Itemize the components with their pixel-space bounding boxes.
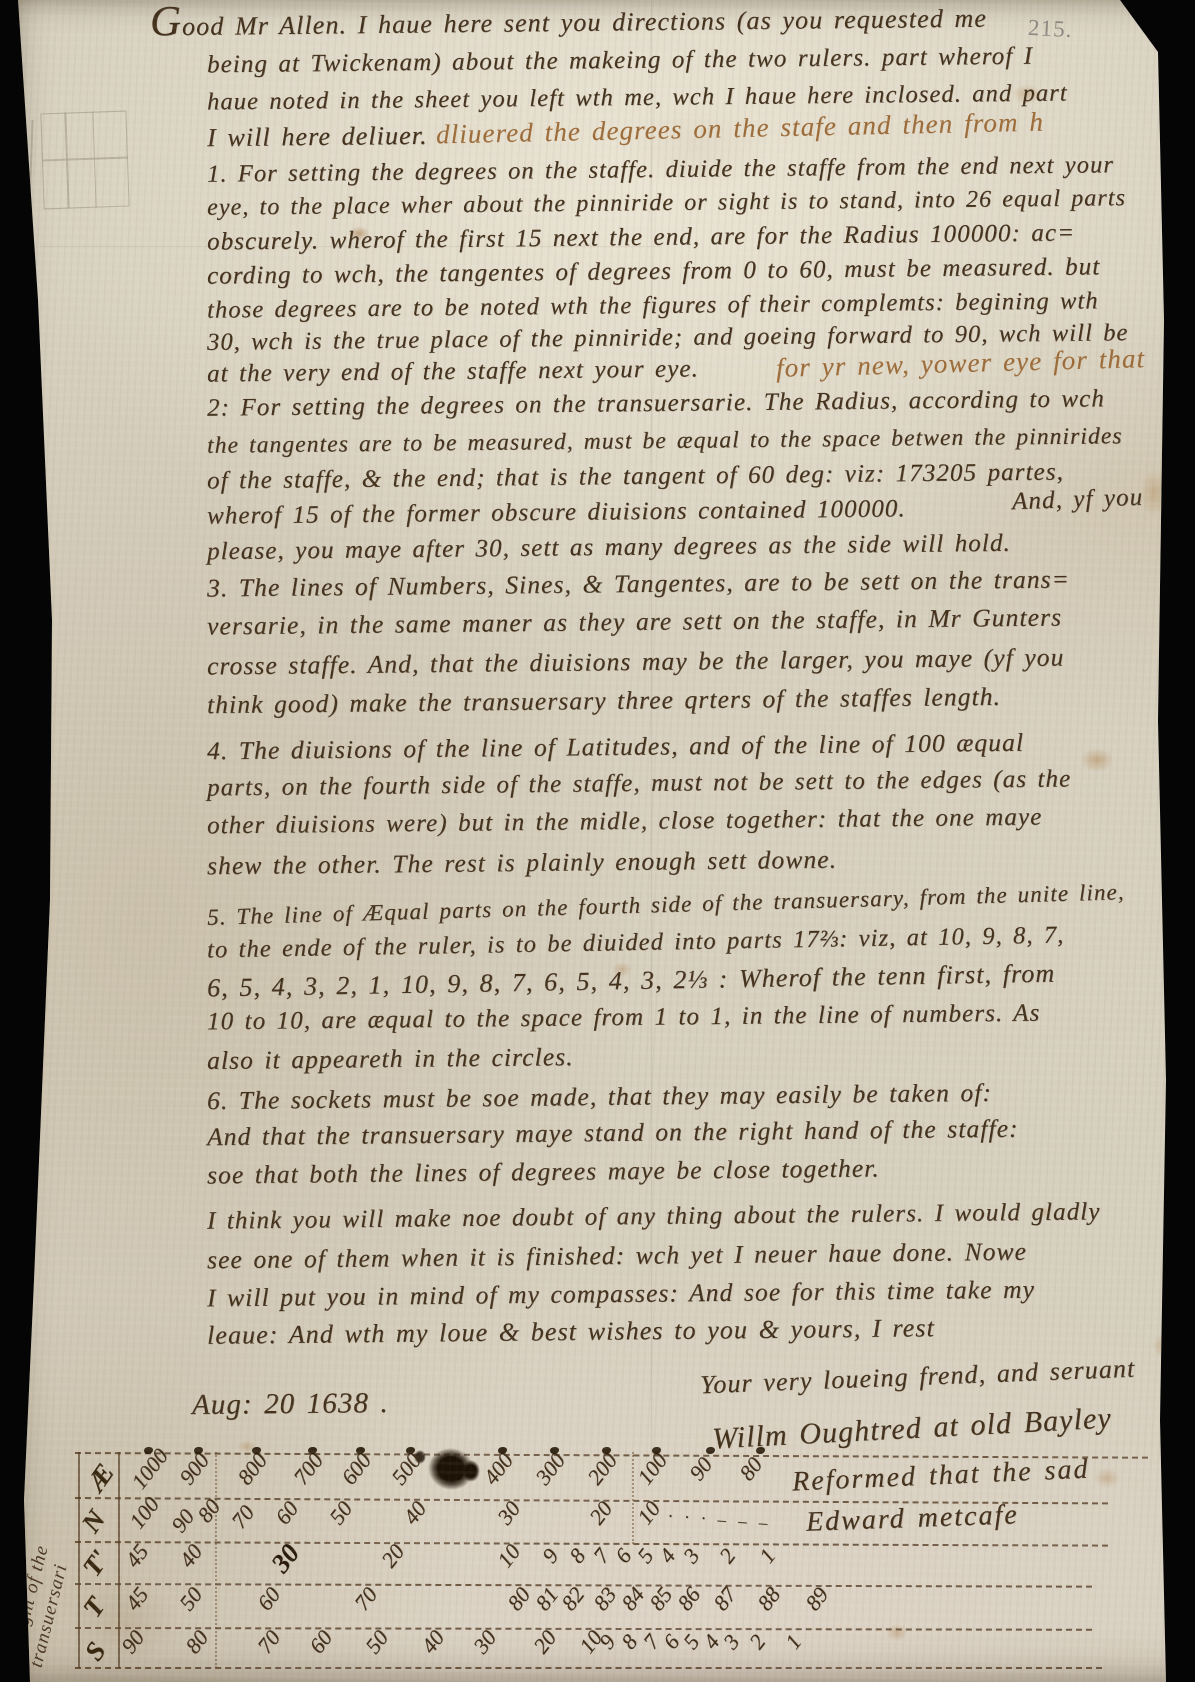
letter-line: of the staffe, & the end; that is the ta… [207, 459, 1064, 496]
letter-line: those degrees are to be noted wth the fi… [207, 287, 1099, 324]
scale-value: 60 [270, 1496, 304, 1529]
scale-value: 9 [537, 1544, 564, 1569]
scale-value: 3 [678, 1544, 705, 1569]
letter-line: 3. The lines of Numbers, Sines, & Tangen… [207, 564, 1070, 603]
paper-sheet: 215. Good Mr Allen. I haue here sent you… [0, 0, 1195, 1682]
scale-value: 89 [800, 1582, 834, 1615]
letter-line: being at Twickenam) about the makeing of… [207, 43, 1033, 80]
scale-value: 80 [734, 1452, 768, 1485]
scale-value: 8 [564, 1544, 591, 1569]
letter-line: Good Mr Allen. I haue here sent you dire… [150, 4, 987, 43]
scale-value: 30 [265, 1538, 306, 1578]
scale-value: 87 [708, 1582, 742, 1615]
letter-line: see one of them when it is finished: wch… [207, 1237, 1027, 1276]
scale-row-label: T [77, 1592, 112, 1623]
letter-line: leaue: And wth my loue & best wishes to … [207, 1313, 935, 1351]
scale-value: 50 [174, 1582, 208, 1615]
date-line: Aug: 20 1638 . [192, 1387, 389, 1422]
scale-value: 90 [684, 1452, 718, 1485]
scale-value: 6 [610, 1544, 637, 1569]
table-grid-line [215, 1452, 217, 1668]
scale-value: 40 [398, 1496, 432, 1529]
scale-value: 20 [528, 1625, 562, 1658]
table-grid-line [632, 1452, 634, 1544]
letter-line: 10 to 10, are æqual to the space from 1 … [207, 1000, 1041, 1037]
letter-line: 2: For setting the degrees on the transu… [207, 385, 1105, 422]
letter-line: I will here deliuer. [207, 121, 428, 153]
letter-line: 1. For setting the degrees on the staffe… [207, 151, 1114, 188]
scale-value: 60 [304, 1625, 338, 1658]
letter-line: I will put you in mind of my compasses: … [207, 1275, 1035, 1314]
letter-line: soe that both the lines of degrees maye … [207, 1153, 880, 1190]
letter-line: I think you will make noe doubt of any t… [207, 1198, 1101, 1235]
scale-value: 30 [468, 1625, 502, 1658]
letter-line: versarie, in the same maner as they are … [207, 603, 1062, 642]
letter-line: the tangentes are to be measured, must b… [207, 423, 1123, 460]
scale-value: 1 [754, 1544, 781, 1569]
letter-line: 4. The diuisions of the line of Latitude… [207, 728, 1024, 767]
letter-line: And that the transuersary maye stand on … [207, 1114, 1019, 1152]
table-grid-line [75, 1583, 1092, 1588]
letter-line: eye, to the place wher about the pinniri… [207, 185, 1126, 222]
scale-value: 4 [654, 1544, 681, 1569]
letter-line: And, yf you [1012, 484, 1144, 517]
scale-value: 2 [714, 1544, 741, 1569]
scale-value: 70 [226, 1500, 260, 1533]
letter-line: other diuisions were) but in the midle, … [207, 804, 1043, 841]
paper-stain [1080, 748, 1114, 772]
scale-value: 80 [180, 1625, 214, 1658]
table-grid-line [75, 1667, 1102, 1669]
letter-line: to the ende of the ruler, is to be diuid… [207, 922, 1065, 965]
letter-line: at the very end of the staffe next your … [207, 355, 699, 388]
letter-line: obscurely. wherof the first 15 next the … [207, 219, 1075, 256]
scale-value: 7 [588, 1544, 615, 1569]
paper-stain [1152, 1332, 1188, 1360]
scale-value: 45 [120, 1582, 154, 1615]
scale-value: 50 [324, 1496, 358, 1529]
signature-line: Willm Oughtred at old Bayley [711, 1402, 1112, 1457]
letter-line: shew the other. The rest is plainly enou… [207, 845, 837, 882]
letter-line: please, you maye after 30, sett as many … [207, 530, 1011, 566]
letter-line: parts, on the fourth side of the staffe,… [207, 765, 1072, 802]
paper-stain [1094, 1468, 1120, 1488]
scale-row-label: T' [76, 1545, 115, 1582]
scale-value: 2 [744, 1630, 771, 1655]
paper-stain [886, 1624, 908, 1641]
page-number: 215. [1027, 15, 1073, 43]
ink-blot [462, 1460, 480, 1482]
vertical-fold-crease [650, 0, 653, 1455]
letter-line: also it appeareth in the circles. [207, 1042, 574, 1076]
scale-value: 50 [360, 1625, 394, 1658]
scale-value: · · · – – – [667, 1506, 772, 1533]
letter-line: wherof 15 of the former obscure diuision… [207, 495, 906, 530]
scale-value: 8 [616, 1630, 643, 1655]
scale-value: 70 [252, 1625, 286, 1658]
closing-line: Your very loueing frend, and seruant [700, 1354, 1136, 1401]
table-grid-line [118, 1452, 120, 1668]
scale-value: 40 [174, 1539, 208, 1572]
scale-value: 90 [116, 1625, 150, 1658]
scale-value: 60 [252, 1582, 286, 1615]
letter-line: 6. The sockets must be soe made, that th… [207, 1078, 992, 1116]
scale-value: 88 [752, 1582, 786, 1615]
letter-line: think good) make the transuersary three … [207, 682, 1001, 720]
paper-stain [1140, 470, 1168, 516]
correction-line: dliuered the degrees on the stafe and th… [436, 107, 1045, 151]
scale-row-label: S [79, 1636, 113, 1666]
scale-value: 82 [556, 1582, 590, 1615]
scale-value: 40 [416, 1625, 450, 1658]
letter-line: cording to wch, the tangentes of degrees… [207, 253, 1101, 290]
scale-value: 3 [718, 1630, 745, 1655]
letter-line: crosse staffe. And, that the diuisions m… [207, 643, 1065, 682]
letter-line: 6, 5, 4, 3, 2, 1, 10, 9, 8, 7, 6, 5, 4, … [207, 959, 1056, 1004]
scale-value: 86 [672, 1582, 706, 1615]
scale-value: 5 [632, 1544, 659, 1569]
manuscript-photo: 215. Good Mr Allen. I haue here sent you… [0, 0, 1195, 1682]
scale-value: 45 [120, 1539, 154, 1572]
scale-value: 20 [376, 1539, 410, 1572]
annotation-name: Edward metcafe [806, 1499, 1020, 1538]
scale-value: 1 [780, 1630, 807, 1655]
scale-value: 70 [349, 1582, 383, 1615]
pencil-grid-sketch [40, 111, 129, 210]
annotation-reformed: Reformed that the sad [791, 1454, 1090, 1499]
